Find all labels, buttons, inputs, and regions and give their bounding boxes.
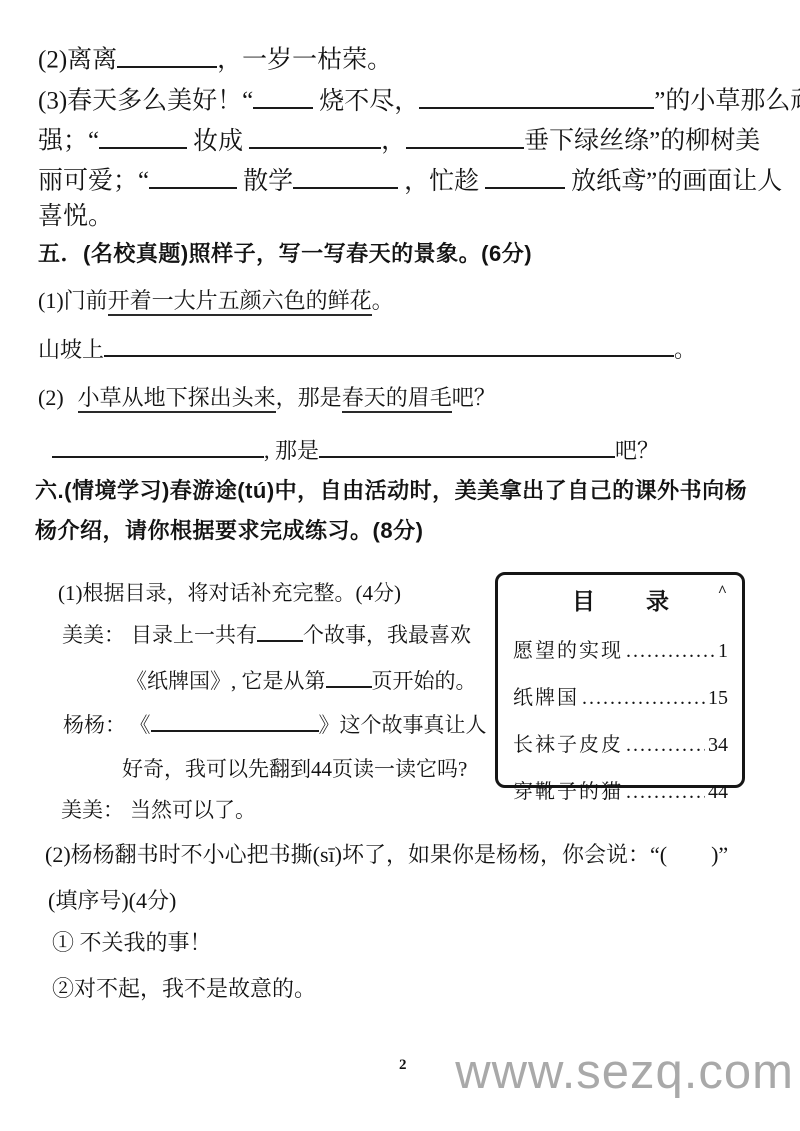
- q6-heading-line2: 杨介绍，请你根据要求完成练习。(8分): [35, 517, 423, 545]
- toc-entry-title: 纸牌国: [513, 681, 579, 710]
- q4-item3-line2: 强；“妆成，垂下绿丝绦”的柳树美: [38, 124, 760, 157]
- q4-item3-blank6: [149, 164, 237, 189]
- q4-item2-suffix: ，一岁一枯荣。: [217, 47, 392, 74]
- dialog-text: 目录上一共有: [131, 623, 257, 647]
- dialog-text: 当然可以了。: [130, 798, 256, 822]
- toc-entry-dots: ..................: [626, 640, 715, 663]
- toc-entry-dots: ..........................: [582, 687, 705, 710]
- toc-entry-title: 穿靴子的猫: [513, 775, 623, 804]
- q5-heading: 五．(名校真题)照样子，写一写春天的景象。(6分): [38, 240, 532, 268]
- q4-item3-blank4: [249, 124, 381, 149]
- toc-entry-page: 1: [718, 640, 728, 663]
- q5-item2-example: (2)小草从地下探出头来，那是春天的眉毛吧？: [38, 384, 496, 412]
- q4-item3-l3c: ，忙趁: [404, 168, 479, 195]
- dialog-blank-title: [151, 711, 319, 732]
- q4-item3-line4: 喜悦。: [38, 201, 113, 232]
- toc-entry-dots: ..............: [626, 781, 705, 804]
- dialog-text: 页开始的。: [372, 669, 477, 693]
- q5-item1-answer-suffix: 。: [674, 337, 696, 362]
- dialog-text: 》这个故事真让人: [319, 713, 487, 737]
- q4-item3-blank5: [406, 124, 524, 149]
- toc-entry-page: 34: [708, 734, 728, 757]
- q4-item3-blank1: [253, 84, 313, 109]
- q6-heading-line1: 六.(情境学习)春游途(tú)中，自由活动时，美美拿出了自己的课外书向杨: [35, 477, 747, 505]
- q5-item1-answer-line: 山坡上。: [38, 335, 696, 363]
- q6-sub2-line1: (2)杨杨翻书时不小心把书撕(sī)坏了，如果你是杨杨，你会说：“( )”: [45, 841, 728, 869]
- dialog-text: 《纸牌国》, 它是从第: [126, 669, 326, 693]
- toc-box: ^ 目 录 愿望的实现 .................. 1 纸牌国 ...…: [495, 572, 745, 788]
- toc-entry-page: 44: [708, 781, 728, 804]
- q4-item3-l4: 喜悦。: [38, 203, 113, 230]
- q4-item3-l2a: 强；“: [38, 128, 99, 155]
- q4-item3-l3a: 丽可爱；“: [38, 168, 149, 195]
- q5-item1-example: (1)门前开着一大片五颜六色的鲜花。: [38, 287, 394, 315]
- toc-entry-page: 15: [708, 687, 728, 710]
- dialog-blank-page: [326, 667, 372, 688]
- exam-paper-page: (2)离离，一岁一枯荣。 (3)春天多么美好！“烧不尽，”的小草那么顽 强；“妆…: [0, 0, 800, 1131]
- toc-entry: 愿望的实现 .................. 1: [513, 634, 728, 663]
- q4-item3-l3d: 放纸鸢”的画面让人: [571, 168, 782, 195]
- q4-item3-l1c: ”的小草那么顽: [654, 88, 800, 115]
- toc-corner-mark: ^: [718, 583, 727, 601]
- q4-item3-l1b: 烧不尽，: [319, 88, 419, 115]
- q4-item3-l2c: ，: [381, 128, 406, 155]
- q5-item2-prefix: (2): [38, 385, 64, 410]
- q4-item3-l1a: (3)春天多么美好！“: [38, 88, 253, 115]
- dialog-yangyang-line1: 杨杨：《》这个故事真让人: [63, 711, 487, 738]
- q6-sub2-line2: (填序号)(4分): [48, 887, 176, 915]
- q4-item3-blank7: [293, 164, 398, 189]
- speaker-meimei: 美美：: [62, 623, 125, 647]
- q5-item1-answer-blank: [104, 335, 674, 357]
- q6-option-2: ②对不起，我不是故意的。: [52, 975, 316, 1003]
- q5-item2-answer-blank2: [319, 436, 615, 458]
- q5-item2-underlined1: 小草从地下探出头来: [78, 385, 276, 413]
- dialog-text: 《: [140, 713, 151, 737]
- q4-item2-line: (2)离离，一岁一枯荣。: [38, 43, 392, 76]
- q4-item3-l3b: 散学: [243, 168, 293, 195]
- toc-entry: 穿靴子的猫 .............. 44: [513, 775, 728, 804]
- q4-item3-blank2: [419, 84, 654, 109]
- q6-option-1: ① 不关我的事！: [52, 929, 212, 957]
- dialog-meimei-line1: 美美：目录上一共有个故事，我最喜欢: [62, 621, 471, 648]
- q5-item2-answer-blank1: [52, 436, 264, 458]
- speaker-yangyang: 杨杨：: [63, 713, 126, 737]
- q5-item2-answer-suffix: 吧？: [615, 438, 659, 463]
- watermark: www.sezq.com: [455, 1044, 794, 1100]
- dialog-blank-count: [257, 621, 303, 642]
- dialog-text: 好奇，我可以先翻到44页读一读它吗?: [122, 757, 467, 781]
- q6-sub1: (1)根据目录，将对话补充完整。(4分): [58, 580, 401, 606]
- dialog-meimei-line3: 美美：当然可以了。: [61, 797, 256, 823]
- toc-entry-dots: ..............: [626, 734, 705, 757]
- toc-entry-title: 愿望的实现: [513, 634, 623, 663]
- speaker-meimei: 美美：: [61, 798, 124, 822]
- page-number: 2: [399, 1057, 407, 1074]
- dialog-text: 个故事，我最喜欢: [303, 623, 471, 647]
- q4-item3-l2b: 妆成: [193, 128, 243, 155]
- toc-entry: 长袜子皮皮 .............. 34: [513, 728, 728, 757]
- toc-entry-title: 长袜子皮皮: [513, 728, 623, 757]
- toc-entry: 纸牌国 .......................... 15: [513, 681, 728, 710]
- dialog-meimei-line2: 《纸牌国》, 它是从第页开始的。: [126, 667, 477, 694]
- q5-item2-answer-mid: , 那是: [264, 438, 319, 463]
- q5-item1-prefix: (1)门前: [38, 288, 108, 313]
- q5-item2-underlined2: 春天的眉毛: [342, 385, 452, 413]
- q4-item3-blank8: [485, 164, 565, 189]
- q4-item3-l2d: 垂下绿丝绦”的柳树美: [524, 128, 760, 155]
- q5-item2-suffix: 吧？: [452, 385, 496, 410]
- toc-title: 目 录: [513, 583, 728, 616]
- q4-item2-blank: [117, 43, 217, 68]
- q4-item3-blank3: [99, 124, 187, 149]
- q5-item1-underlined: 开着一大片五颜六色的鲜花: [108, 288, 372, 316]
- q5-item2-answer-line: , 那是吧？: [52, 436, 659, 464]
- q5-item1-suffix: 。: [372, 288, 394, 313]
- q4-item2-prefix: (2)离离: [38, 47, 117, 74]
- q4-item3-line1: (3)春天多么美好！“烧不尽，”的小草那么顽: [38, 84, 800, 117]
- q4-item3-line3: 丽可爱；“散学，忙趁放纸鸢”的画面让人: [38, 164, 782, 197]
- q5-item1-answer-prefix: 山坡上: [38, 337, 104, 362]
- dialog-yangyang-line2: 好奇，我可以先翻到44页读一读它吗?: [122, 756, 467, 782]
- q5-item2-mid: ，那是: [276, 385, 342, 410]
